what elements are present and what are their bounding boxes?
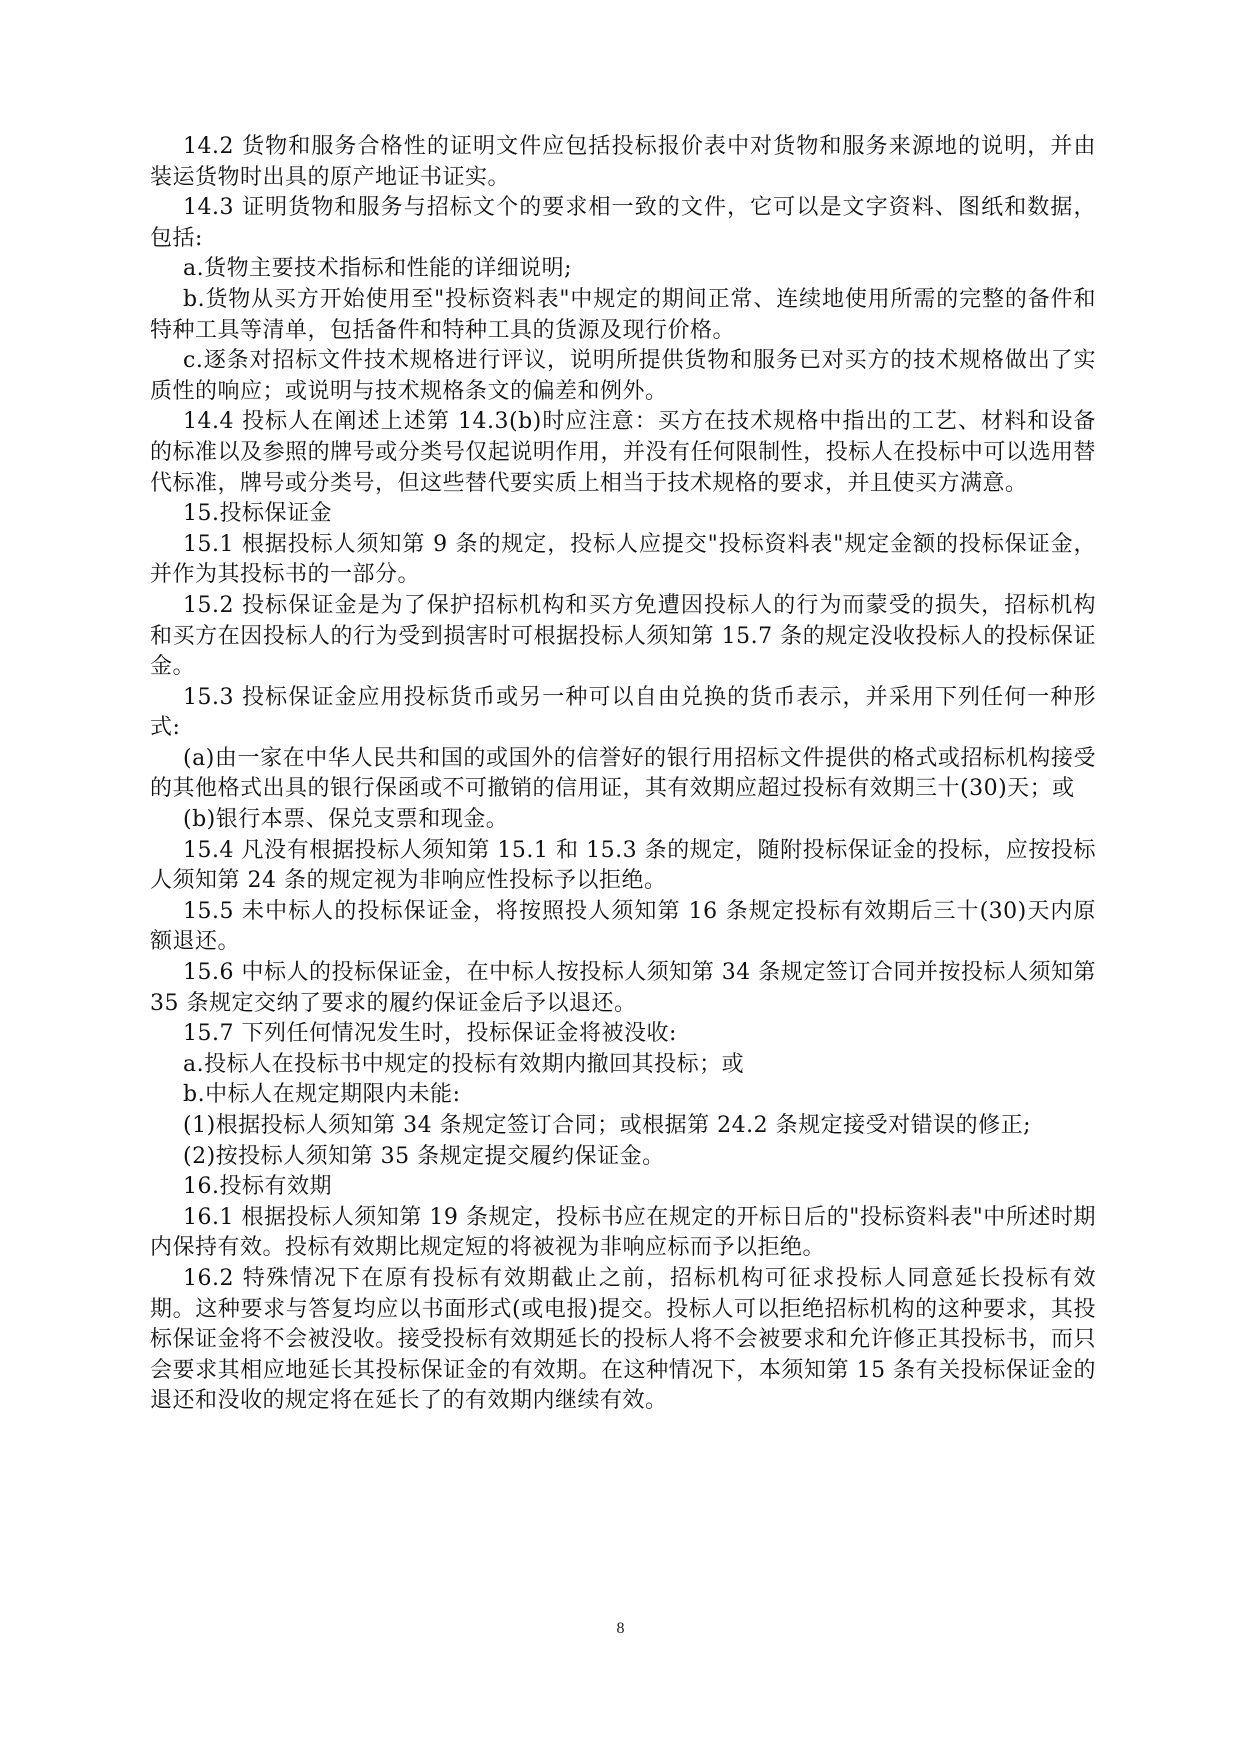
- paragraph-15-2: 15.2 投标保证金是为了保护招标机构和买方免遭因投标人的行为而蒙受的损失，招标…: [150, 591, 1096, 683]
- paragraph-14-2: 14.2 货物和服务合格性的证明文件应包括投标报价表中对货物和服务来源地的说明，…: [150, 132, 1096, 193]
- list-item-15-3-a: (a)由一家在中华人民共和国的或国外的信誉好的银行用招标文件提供的格式或招标机构…: [150, 744, 1096, 805]
- paragraph-15-4: 15.4 凡没有根据投标人须知第 15.1 和 15.3 条的规定，随附投标保证…: [150, 836, 1096, 897]
- list-item-15-7-b-1: (1)根据投标人须知第 34 条规定签订合同；或根据第 24.2 条规定接受对错…: [150, 1111, 1096, 1142]
- list-item-15-7-b: b.中标人在规定期限内未能:: [150, 1080, 1096, 1111]
- section-heading-16: 16.投标有效期: [150, 1172, 1096, 1203]
- paragraph-15-5: 15.5 未中标人的投标保证金，将按照投人须知第 16 条规定投标有效期后三十(…: [150, 897, 1096, 958]
- list-item-15-7-a: a.投标人在投标书中规定的投标有效期内撤回其投标；或: [150, 1050, 1096, 1081]
- document-body: 14.2 货物和服务合格性的证明文件应包括投标报价表中对货物和服务来源地的说明，…: [150, 132, 1096, 1417]
- paragraph-15-6: 15.6 中标人的投标保证金，在中标人按投标人须知第 34 条规定签订合同并按投…: [150, 958, 1096, 1019]
- list-item-14-3-a: a.货物主要技术指标和性能的详细说明;: [150, 254, 1096, 285]
- list-item-14-3-c: c.逐条对招标文件技术规格进行评议，说明所提供货物和服务已对买方的技术规格做出了…: [150, 346, 1096, 407]
- paragraph-15-1: 15.1 根据投标人须知第 9 条的规定，投标人应提交"投标资料表"规定金额的投…: [150, 530, 1096, 591]
- list-item-15-3-b: (b)银行本票、保兑支票和现金。: [150, 805, 1096, 836]
- list-item-14-3-b: b.货物从买方开始使用至"投标资料表"中规定的期间正常、连续地使用所需的完整的备…: [150, 285, 1096, 346]
- paragraph-16-1: 16.1 根据投标人须知第 19 条规定，投标书应在规定的开标日后的"投标资料表…: [150, 1203, 1096, 1264]
- paragraph-14-3: 14.3 证明货物和服务与招标文个的要求相一致的文件，它可以是文字资料、图纸和数…: [150, 193, 1096, 254]
- list-item-15-7-b-2: (2)按投标人须知第 35 条规定提交履约保证金。: [150, 1142, 1096, 1173]
- section-heading-15: 15.投标保证金: [150, 499, 1096, 530]
- paragraph-14-4: 14.4 投标人在阐述上述第 14.3(b)时应注意：买方在技术规格中指出的工艺…: [150, 407, 1096, 499]
- paragraph-15-7: 15.7 下列任何情况发生时，投标保证金将被没收:: [150, 1019, 1096, 1050]
- page-number: 8: [0, 1620, 1241, 1638]
- paragraph-16-2: 16.2 特殊情况下在原有投标有效期截止之前，招标机构可征求投标人同意延长投标有…: [150, 1264, 1096, 1417]
- paragraph-15-3: 15.3 投标保证金应用投标货币或另一种可以自由兑换的货币表示，并采用下列任何一…: [150, 683, 1096, 744]
